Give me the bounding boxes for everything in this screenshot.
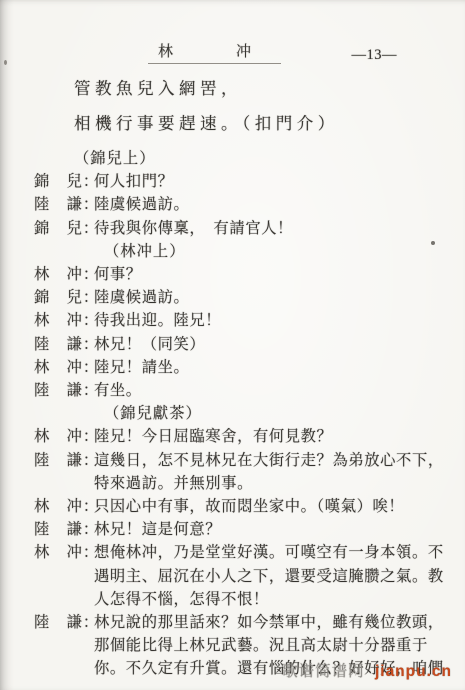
watermark-site-name: 歌谱简谱网 bbox=[282, 663, 365, 680]
script-title: 林 冲 bbox=[148, 40, 281, 64]
dialogue-text: 何人扣門？ bbox=[94, 170, 453, 193]
dialogue-block: （錦兒上） 錦 兒： 何人扣門？ 陸 謙： 陸虞候過訪。 錦 兒： 待我與你傳稟… bbox=[34, 147, 453, 681]
dialogue-line: 林 冲： 陸兄！今日屈臨寒舍，有何見教？ bbox=[34, 425, 453, 448]
speaker-label: 林 冲： bbox=[34, 495, 94, 518]
speaker-label: 錦 兒： bbox=[34, 286, 94, 309]
dialogue-line: 陸 謙： 這幾日，怎不見林兄在大街行走？為弟放心不下，特來過訪。并無別事。 bbox=[34, 449, 453, 495]
verse-line: 管教魚兒入網罟， bbox=[74, 77, 453, 101]
speaker-label: 林 冲： bbox=[34, 541, 94, 611]
speaker-label: 陸 謙： bbox=[34, 379, 94, 402]
speaker-label: 陸 謙： bbox=[34, 611, 94, 681]
dialogue-text: 陸兄！今日屈臨寒舍，有何見教？ bbox=[94, 425, 453, 448]
watermark: 歌谱简谱网 jianpu.cn bbox=[282, 659, 452, 681]
scan-speck bbox=[4, 60, 7, 65]
speaker-label: 林 冲： bbox=[34, 263, 94, 286]
stage-direction: （林冲上） bbox=[104, 240, 453, 263]
dialogue-line: 陸 謙： 林兄！（同笑） bbox=[34, 333, 453, 356]
page-header: 林 冲 —13— bbox=[34, 40, 453, 64]
dialogue-text: 陸虞候過訪。 bbox=[94, 193, 453, 216]
dialogue-text: 林兄！這是何意？ bbox=[94, 518, 453, 541]
dialogue-text: 待我出迎。陸兄！ bbox=[94, 309, 453, 332]
speaker-label: 林 冲： bbox=[34, 425, 94, 448]
speaker-label: 錦 兒： bbox=[34, 217, 94, 240]
dialogue-line: 錦 兒： 何人扣門？ bbox=[34, 170, 453, 193]
dialogue-line: 錦 兒： 陸虞候過訪。 bbox=[34, 286, 453, 309]
page-number: —13— bbox=[352, 47, 398, 64]
speaker-label: 陸 謙： bbox=[34, 193, 94, 216]
dialogue-line: 陸 謙： 有坐。 bbox=[34, 379, 453, 402]
dialogue-text: 林兄！（同笑） bbox=[94, 333, 453, 356]
dialogue-text: 有坐。 bbox=[94, 379, 453, 402]
dialogue-text: 只因心中有事，故而悶坐家中。（嘆氣）唉！ bbox=[94, 495, 453, 518]
stage-direction: （錦兒獻茶） bbox=[104, 402, 453, 425]
dialogue-text: 這幾日，怎不見林兄在大街行走？為弟放心不下，特來過訪。并無別事。 bbox=[94, 449, 453, 495]
dialogue-line: 林 冲： 只因心中有事，故而悶坐家中。（嘆氣）唉！ bbox=[34, 495, 453, 518]
dialogue-text: 想俺林冲，乃是堂堂好漢。可嘆空有一身本領。不遇明主、屈沉在小人之下，還要受這腌臜… bbox=[94, 541, 453, 611]
dialogue-line: 林 冲： 陸兄！請坐。 bbox=[34, 356, 453, 379]
opening-verse: 管教魚兒入網罟， 相機行事要趕速。（扣門介） bbox=[34, 77, 453, 136]
dialogue-text: 何事？ bbox=[94, 263, 453, 286]
dialogue-text: 陸兄！請坐。 bbox=[94, 356, 453, 379]
dialogue-line: 陸 謙： 林兄！這是何意？ bbox=[34, 518, 453, 541]
speaker-label: 林 冲： bbox=[34, 356, 94, 379]
speaker-label: 陸 謙： bbox=[34, 518, 94, 541]
speaker-label: 錦 兒： bbox=[34, 170, 94, 193]
verse-line: 相機行事要趕速。（扣門介） bbox=[74, 112, 453, 136]
dialogue-line: 林 冲： 何事？ bbox=[34, 263, 453, 286]
scanned-script-page: 林 冲 —13— 管教魚兒入網罟， 相機行事要趕速。（扣門介） （錦兒上） 錦 … bbox=[0, 0, 465, 690]
dialogue-line: 陸 謙： 陸虞候過訪。 bbox=[34, 193, 453, 216]
dialogue-text: 待我與你傳稟， 有請官人！ bbox=[94, 217, 453, 240]
speaker-label: 陸 謙： bbox=[34, 333, 94, 356]
speaker-label: 陸 謙： bbox=[34, 449, 94, 495]
stage-direction: （錦兒上） bbox=[74, 147, 453, 170]
dialogue-line: 林 冲： 想俺林冲，乃是堂堂好漢。可嘆空有一身本領。不遇明主、屈沉在小人之下，還… bbox=[34, 541, 453, 611]
watermark-site-url: jianpu.cn bbox=[375, 663, 452, 680]
speaker-label: 林 冲： bbox=[34, 309, 94, 332]
dialogue-line: 錦 兒： 待我與你傳稟， 有請官人！ bbox=[34, 217, 453, 240]
dialogue-line: 林 冲： 待我出迎。陸兄！ bbox=[34, 309, 453, 332]
dialogue-text: 陸虞候過訪。 bbox=[94, 286, 453, 309]
scan-speck bbox=[431, 241, 435, 245]
